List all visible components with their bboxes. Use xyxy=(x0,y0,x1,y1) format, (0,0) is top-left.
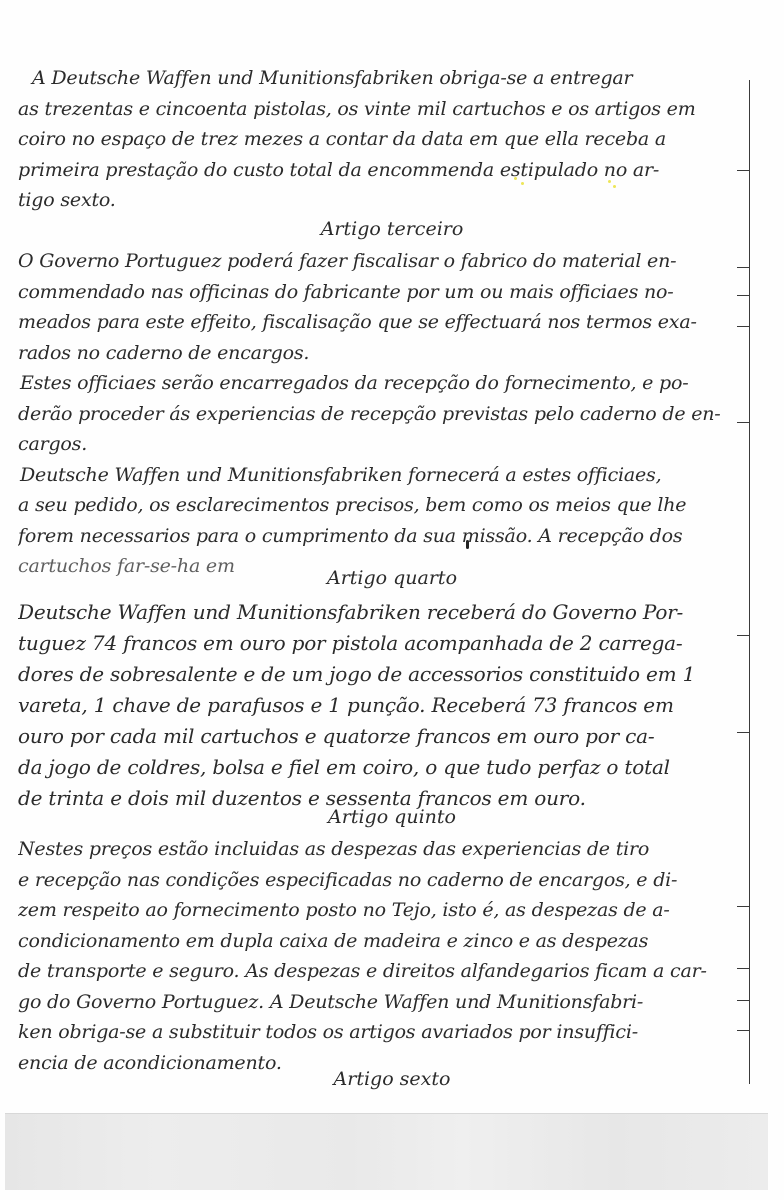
text-line: da jogo de coldres, bolsa e fiel em coir… xyxy=(18,752,748,783)
ink-mark xyxy=(466,540,469,549)
text-line: condicionamento em dupla caixa de madeir… xyxy=(18,926,748,957)
text-line: ouro por cada mil cartuchos e quatorze f… xyxy=(18,721,748,752)
highlighter-speck xyxy=(521,182,524,185)
highlighter-speck xyxy=(514,177,517,180)
text-line: O Governo Portuguez poderá fazer fiscali… xyxy=(18,246,748,277)
text-line: dores de sobresalente e de um jogo de ac… xyxy=(18,659,748,690)
section-heading: Artigo terceiro xyxy=(0,218,784,240)
text-line: Deutsche Waffen und Munitionsfabriken fo… xyxy=(18,460,748,491)
text-line: de transporte e seguro. As despezas e di… xyxy=(18,956,748,987)
text-line: ken obriga-se a substituir todos os arti… xyxy=(18,1017,748,1048)
text-line: tigo sexto. xyxy=(18,185,748,216)
text-line: zem respeito ao fornecimento posto no Te… xyxy=(18,895,748,926)
text-line: vareta, 1 chave de parafusos e 1 punção.… xyxy=(18,690,748,721)
text-line: e recepção nas condições especificadas n… xyxy=(18,865,748,896)
section-body-artigo-quinto: Nestes preços estão incluidas as despeza… xyxy=(18,834,748,1078)
document-page: A Deutsche Waffen und Munitionsfabriken … xyxy=(0,0,784,1200)
text-line: forem necessarios para o cumprimento da … xyxy=(18,521,748,552)
text-line: rados no caderno de encargos. xyxy=(18,338,748,369)
text-line: Estes officiaes serão encarregados da re… xyxy=(18,368,748,399)
text-line: tuguez 74 francos em ouro por pistola ac… xyxy=(18,628,748,659)
section-heading: Artigo quinto xyxy=(0,806,784,828)
text-line: a seu pedido, os esclarecimentos preciso… xyxy=(18,490,748,521)
scan-artifact-band xyxy=(5,1113,768,1190)
text-line: primeira prestação do custo total da enc… xyxy=(18,155,748,186)
section-body-artigo-terceiro: O Governo Portuguez poderá fazer fiscali… xyxy=(18,246,748,582)
text-line: Deutsche Waffen und Munitionsfabriken re… xyxy=(18,597,748,628)
text-line: go do Governo Portuguez. A Deutsche Waff… xyxy=(18,987,748,1018)
text-line: Nestes preços estão incluidas as despeza… xyxy=(18,834,748,865)
text-line: commendado nas officinas do fabricante p… xyxy=(18,277,748,308)
text-line: derão proceder ás experiencias de recepç… xyxy=(18,399,748,430)
intro-paragraph: A Deutsche Waffen und Munitionsfabriken … xyxy=(18,63,748,216)
text-line: as trezentas e cincoenta pistolas, os vi… xyxy=(18,94,748,125)
section-body-artigo-quarto: Deutsche Waffen und Munitionsfabriken re… xyxy=(18,597,748,814)
section-heading: Artigo quarto xyxy=(0,567,784,589)
section-heading: Artigo sexto xyxy=(0,1068,784,1090)
text-line: A Deutsche Waffen und Munitionsfabriken … xyxy=(18,63,748,94)
text-line: cargos. xyxy=(18,429,748,460)
text-line: coiro no espaço de trez mezes a contar d… xyxy=(18,124,748,155)
text-line: meados para este effeito, fiscalisação q… xyxy=(18,307,748,338)
highlighter-speck xyxy=(613,185,616,188)
highlighter-speck xyxy=(608,180,611,183)
